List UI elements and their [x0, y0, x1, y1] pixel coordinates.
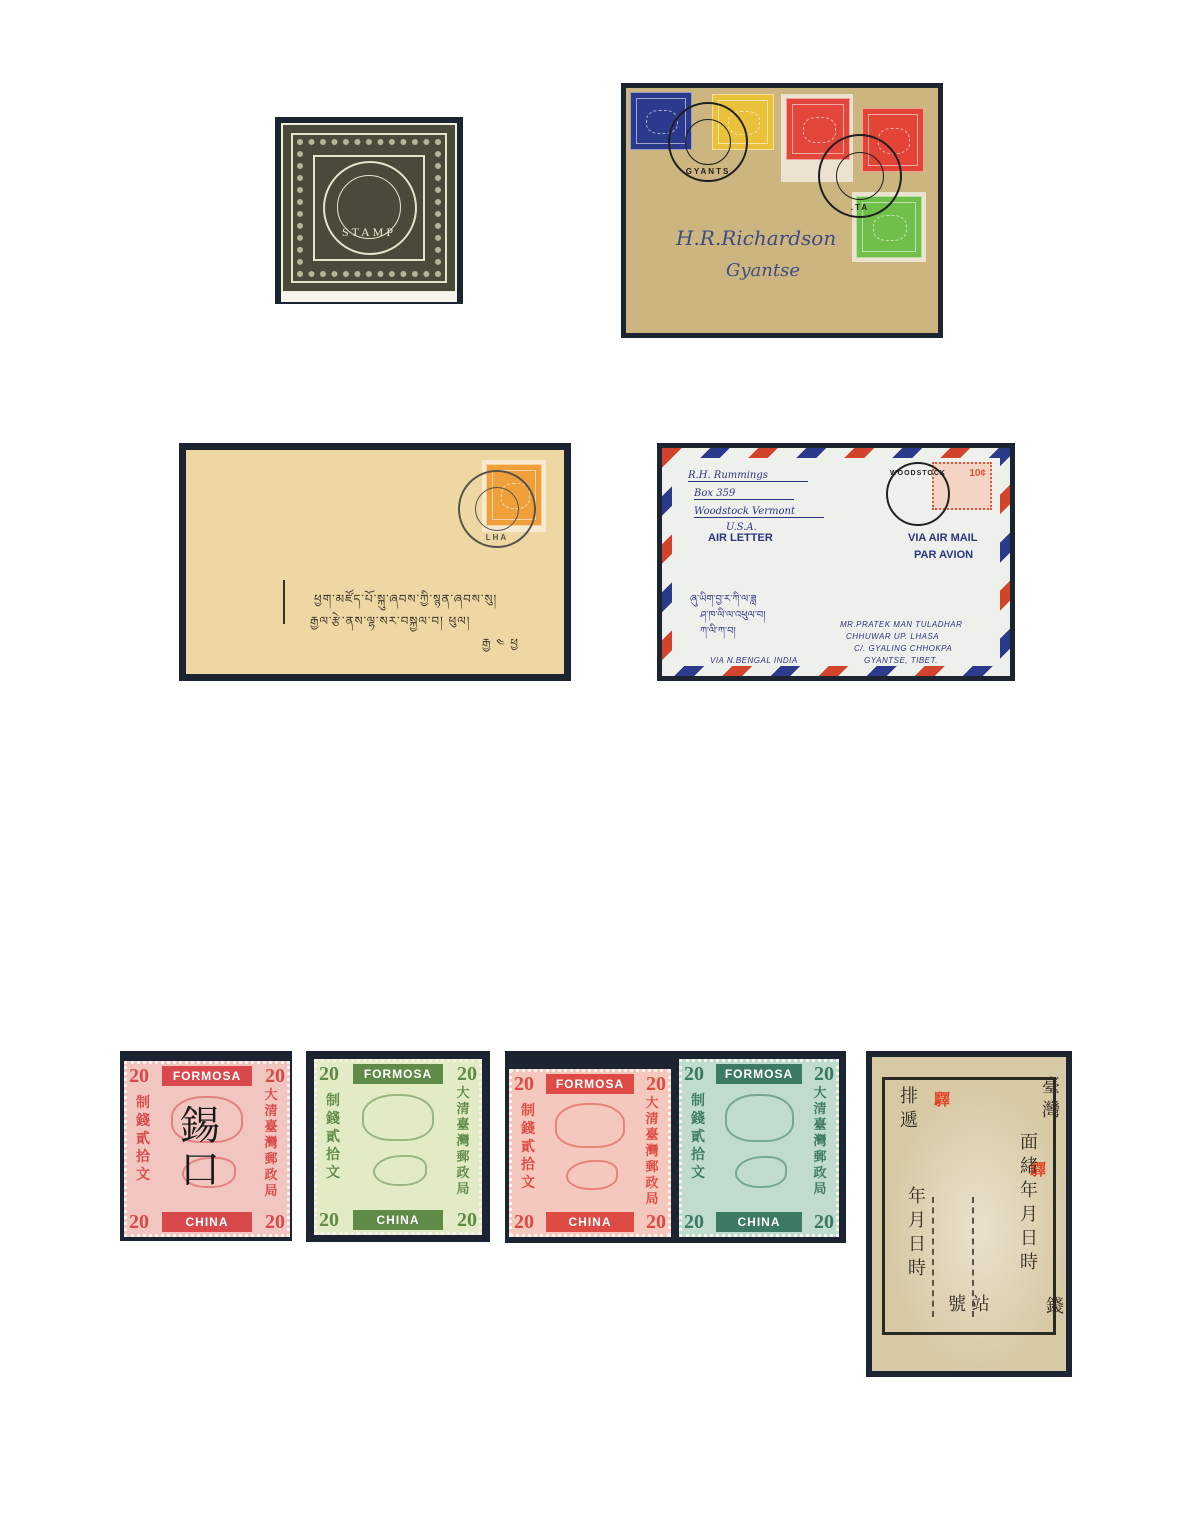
right-chinese-text: 大清臺灣郵政局: [263, 1088, 279, 1200]
corner-character: 錢: [1044, 1295, 1066, 1319]
document-paper: 排遞 驛 驛 臺灣 面 緒 年 月 日 時 年 月 日 時 號 站 錢: [872, 1057, 1066, 1371]
air-letter-image: R.H. Rummings Box 359 Woodstock Vermont …: [657, 443, 1015, 681]
formosa-label: FORMOSA: [716, 1064, 802, 1084]
woodstock-postmark: WOODSTOCK: [886, 462, 950, 526]
dragon-horse-vignette: 錫口: [162, 1086, 252, 1212]
sender-name: R.H. Rummings: [688, 470, 808, 482]
handwritten-sender: H.R.Richardson: [676, 226, 836, 250]
formosa-label: FORMOSA: [353, 1064, 444, 1084]
left-chinese-text: 制錢貳拾文: [135, 1094, 151, 1184]
china-label: CHINA: [162, 1212, 252, 1232]
air-letter: R.H. Rummings Box 359 Woodstock Vermont …: [662, 448, 1010, 676]
handwritten-place: Gyantse: [726, 260, 800, 281]
overprint: 錫口: [180, 1104, 252, 1192]
dragon-illustration: [725, 1094, 794, 1142]
par-avion-label: PAR AVION: [914, 549, 973, 561]
via-air-mail-label: VIA AIR MAIL: [908, 532, 977, 544]
formosa-stamp-frame-1: 20202020FORMOSACHINA制錢貳拾文大清臺灣郵政局錫口: [120, 1051, 292, 1241]
horse-illustration: [566, 1160, 618, 1190]
tibetan-address-line-2: རྒྱལ་རྩེ་ནས་ལྷ་སར་བསྐྱལ་བ། ཕུལ།: [310, 608, 470, 642]
horse-illustration: [373, 1155, 427, 1187]
dragon-illustration: [555, 1103, 625, 1147]
value-top-left: 20: [514, 1074, 534, 1094]
value-bottom-left: 20: [514, 1212, 534, 1232]
sender-city: Woodstock Vermont: [694, 506, 824, 518]
formosa-stamp-frame-2: 20202020FORMOSACHINA制錢貳拾文大清臺灣郵政局: [306, 1051, 490, 1242]
formosa-stamp-frame-3: 20202020FORMOSACHINA制錢貳拾文大清臺灣郵政局 2020202…: [505, 1051, 846, 1243]
formosa-teal-stamp: 20202020FORMOSACHINA制錢貳拾文大清臺灣郵政局: [679, 1059, 839, 1237]
value-bottom-right: 20: [457, 1210, 477, 1230]
formosa-red-overprint-stamp: 20202020FORMOSACHINA制錢貳拾文大清臺灣郵政局錫口: [124, 1061, 290, 1237]
dragon-horse-vignette: [716, 1084, 802, 1212]
left-chinese-text: 制錢貳拾文: [325, 1092, 341, 1182]
right-column-text: 面 緒 年 月 日 時: [1018, 1131, 1040, 1275]
value-bottom-right: 20: [814, 1212, 834, 1232]
left-top-text: 排遞: [898, 1085, 920, 1133]
value-top-left: 20: [684, 1064, 704, 1084]
formosa-label: FORMOSA: [546, 1074, 633, 1094]
red-seal-1: 驛: [934, 1087, 950, 1110]
gyantse-postmark-2: .TA: [818, 134, 902, 218]
value-top-right: 20: [457, 1064, 477, 1084]
value-top-left: 20: [319, 1064, 339, 1084]
value-bottom-left: 20: [319, 1210, 339, 1230]
dragon-horse-vignette: [546, 1094, 633, 1212]
left-column-text: 年 月 日 時: [906, 1185, 928, 1281]
value-bottom-right: 20: [646, 1212, 666, 1232]
bottom-text: 號 站: [948, 1293, 990, 1317]
sender-box: Box 359: [694, 488, 794, 500]
tibetan-address-line-3: རྒྱ ༤ ཕྱ: [482, 630, 519, 664]
dragon-illustration: [362, 1094, 435, 1141]
recipient-line-3: C/. GYALING CHHOKPA: [854, 644, 952, 653]
tibet-black-stamp-image: STAMP: [275, 117, 463, 304]
right-chinese-text: 大清臺灣郵政局: [455, 1086, 471, 1198]
tibet-stamp: STAMP: [281, 123, 457, 293]
value-bottom-left: 20: [129, 1212, 149, 1232]
china-label: CHINA: [546, 1212, 633, 1232]
recipient-line-1: MR.PRATEK MAN TULADHAR: [840, 620, 962, 629]
envelope: LHA ཕྱག་མཛོད་པོ་སྐུ་ཞབས་ཀྱི་སྙན་ཞབས་སུ། …: [186, 450, 564, 674]
value-top-right: 20: [646, 1074, 666, 1094]
value-top-left: 20: [129, 1066, 149, 1086]
value-bottom-left: 20: [684, 1212, 704, 1232]
right-top-text: 臺灣: [1040, 1075, 1062, 1123]
arrow-mark: [283, 580, 285, 624]
china-label: CHINA: [716, 1212, 802, 1232]
horse-illustration: [735, 1156, 787, 1188]
gyantse-cover-image: GYANTS .TA H.R.Richardson Gyantse: [621, 83, 943, 338]
stamp-inscription: STAMP: [283, 225, 455, 240]
lhasa-postmark: LHA: [458, 470, 536, 548]
formosa-label: FORMOSA: [162, 1066, 252, 1086]
recipient-line-2: CHHUWAR UP. LHASA: [846, 632, 939, 641]
left-chinese-text: 制錢貳拾文: [690, 1092, 706, 1182]
lhasa-cover-image: LHA ཕྱག་མཛོད་པོ་སྐུ་ཞབས་ཀྱི་སྙན་ཞབས་སུ། …: [179, 443, 571, 681]
gyantse-postmark-1: GYANTS: [668, 102, 748, 182]
dragon-horse-vignette: [353, 1084, 444, 1210]
envelope: GYANTS .TA H.R.Richardson Gyantse: [626, 88, 938, 333]
tibetan-line-3: ཀ་ལི་ཀ་བ།: [700, 620, 736, 648]
air-letter-label: AIR LETTER: [708, 532, 773, 544]
right-chinese-text: 大清臺灣郵政局: [644, 1096, 660, 1208]
formosa-green-stamp: 20202020FORMOSACHINA制錢貳拾文大清臺灣郵政局: [314, 1059, 482, 1235]
value-top-right: 20: [814, 1064, 834, 1084]
left-chinese-text: 制錢貳拾文: [520, 1102, 536, 1192]
value-bottom-right: 20: [265, 1212, 285, 1232]
routing-instruction: VIA N.BENGAL INDIA: [710, 656, 798, 665]
china-label: CHINA: [353, 1210, 444, 1230]
formosa-red-stamp: 20202020FORMOSACHINA制錢貳拾文大清臺灣郵政局: [509, 1069, 671, 1237]
right-chinese-text: 大清臺灣郵政局: [812, 1086, 828, 1198]
recipient-line-4: GYANTSE, TIBET.: [864, 656, 938, 665]
value-top-right: 20: [265, 1066, 285, 1086]
old-document-image: 排遞 驛 驛 臺灣 面 緒 年 月 日 時 年 月 日 時 號 站 錢: [866, 1051, 1072, 1377]
